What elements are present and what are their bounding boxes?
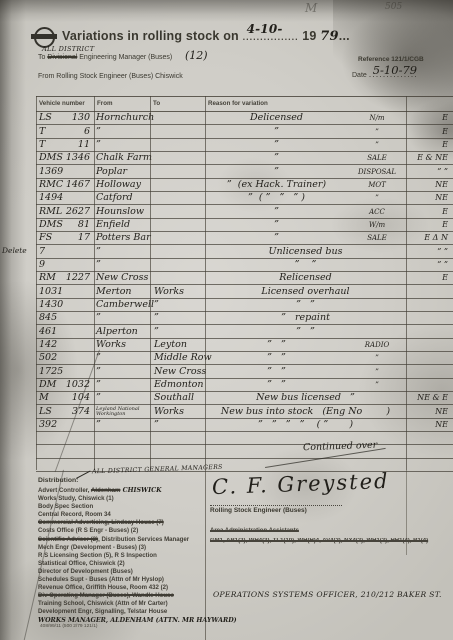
vehicle-number: 130 xyxy=(72,113,90,123)
distribution-item: Div Operating Manager (Buses), Wandle Ho… xyxy=(38,592,206,600)
vehicle-class: M xyxy=(39,393,49,403)
vehicle-number: 17 xyxy=(78,233,90,243)
margin-note-delete: Delete xyxy=(2,246,27,256)
distribution-item: Training School, Chiswick (Attn of Mr Ca… xyxy=(38,600,206,608)
margin-code-cell xyxy=(406,457,453,458)
reason-code: ACC xyxy=(348,208,406,217)
vehicle-cell: 7 xyxy=(36,247,94,258)
vehicle-class: LS xyxy=(39,407,52,417)
from-cell: ” xyxy=(94,140,150,151)
table-header-row: Vehicle number From To Reason for variat… xyxy=(36,96,453,112)
vehicle-number: 461 xyxy=(39,327,57,337)
date-line: Date .............. 5-10-79 xyxy=(352,69,418,79)
distribution-text-trailing: , Distribution Services Manager xyxy=(98,536,189,543)
reason-text: ” xyxy=(205,220,348,230)
from-cell: Works xyxy=(94,340,150,351)
to-garage: Middle Row xyxy=(154,352,212,363)
vehicle-number: 81 xyxy=(78,220,90,230)
vehicle-cell xyxy=(36,457,94,458)
from-garage: ” xyxy=(96,392,101,403)
to-cell: New Cross xyxy=(150,367,205,378)
to-cell xyxy=(150,257,205,258)
from-garage: ” xyxy=(96,366,101,377)
margin-code-cell: E xyxy=(406,140,453,151)
distribution-item: Schedules Supt - Buses (Attn of Mr Hyslo… xyxy=(38,576,206,584)
struck-word: Divisional xyxy=(47,54,77,61)
vehicle-class: DMS xyxy=(39,220,63,230)
distribution-text: Costs Office (R S Engr - Buses) (2) xyxy=(38,527,138,534)
margin-code: NE xyxy=(435,180,448,189)
to-cell: Southall xyxy=(150,393,205,404)
to-rest: Engineering Manager (Buses) xyxy=(77,54,172,61)
reason-code: ” xyxy=(348,354,406,363)
reason-text: ” xyxy=(205,233,348,243)
handwritten-all-district: ALL DISTRICT xyxy=(42,45,94,53)
to-cell xyxy=(150,443,205,444)
reason-text: ” ” xyxy=(205,300,406,310)
to-cell xyxy=(150,177,205,178)
table-row: 1031 Merton Works Licensed overhaul xyxy=(36,285,453,298)
from-cell: ” xyxy=(94,353,150,364)
margin-code: E Δ N xyxy=(424,233,448,242)
margin-code-cell: NE xyxy=(406,193,453,204)
from-garage: New Cross xyxy=(96,272,148,283)
vehicle-class: T xyxy=(39,127,45,137)
reason-code: ” xyxy=(348,194,406,203)
reason-cell: ” W/m xyxy=(205,220,406,231)
from-cell: Catford xyxy=(94,193,150,204)
distribution-text: Mech Engr (Development - Buses) (3) xyxy=(38,544,146,551)
reason-code: SALE xyxy=(348,154,406,163)
vehicle-number: 6 xyxy=(84,127,90,137)
reason-cell: ” ACC xyxy=(205,207,406,218)
to-garage: ” xyxy=(154,299,159,310)
from-cell: Alperton xyxy=(94,327,150,338)
vehicle-cell: RMC 1467 xyxy=(36,180,94,191)
vehicle-number: 392 xyxy=(39,420,57,430)
reason-text: Delicensed xyxy=(205,113,348,123)
distribution-handwritten-text: CHISWICK xyxy=(120,487,161,494)
distribution-item: Commercial Advertising, Lindsay House (7… xyxy=(38,519,206,527)
margin-code-cell xyxy=(406,363,453,364)
reason-text: ” xyxy=(205,153,348,163)
distribution-text: Statistical Office, Chiswick (2) xyxy=(38,560,125,567)
from-garage: Hounslow xyxy=(96,206,144,217)
from-cell: ” xyxy=(94,247,150,258)
from-garage: Poplar xyxy=(96,166,127,177)
margin-code-cell: ” ” xyxy=(406,247,453,258)
table-row: 9 ” ” ” ” ” xyxy=(36,259,453,272)
margin-code-cell xyxy=(406,390,453,391)
reason-code: ” xyxy=(348,141,406,150)
margin-code: ” ” xyxy=(437,167,448,176)
from-garage: Works xyxy=(96,339,126,350)
from-garage: ” xyxy=(96,139,101,150)
col-header-from: From xyxy=(94,97,150,111)
distribution-text: Advert Controller, xyxy=(38,487,91,494)
vehicle-cell: 1430 xyxy=(36,300,94,311)
reason-cell: ” ” ” ” ( ” ) xyxy=(205,420,406,431)
reference-number: Reference 121/1/CGB xyxy=(358,56,424,63)
to-garage: Southall xyxy=(154,392,194,403)
margin-code-cell xyxy=(406,297,453,298)
from-garage: Catford xyxy=(96,192,133,203)
pen-scribble: 505 xyxy=(385,2,402,12)
reason-cell: Delicensed N/m xyxy=(205,113,406,124)
from-cell: Chalk Farm xyxy=(94,153,150,164)
vehicle-number: 1467 xyxy=(66,180,90,190)
reason-code: ” xyxy=(348,381,406,390)
to-garage: ” xyxy=(154,312,159,323)
to-prefix: To xyxy=(38,54,47,61)
margin-code-cell xyxy=(406,310,453,311)
reason-cell: ” ” ” xyxy=(205,367,406,378)
reason-code: SALE xyxy=(348,234,406,243)
trailing-dots: ... xyxy=(339,29,350,43)
to-garage: New Cross xyxy=(154,366,206,377)
vehicle-cell: 1369 xyxy=(36,167,94,178)
margin-code-cell xyxy=(406,470,453,471)
from-garage: ” xyxy=(96,246,101,257)
reason-text: ” xyxy=(205,127,348,137)
signature: C. F. Greysted xyxy=(212,469,390,499)
from-cell: ” xyxy=(94,380,150,391)
margin-code: E xyxy=(442,207,448,216)
to-cell: ” xyxy=(150,300,205,311)
to-garage: Leyton xyxy=(154,339,187,350)
to-cell: Edmonton xyxy=(150,380,205,391)
reason-cell: ” ” xyxy=(205,260,406,271)
roundel-bar xyxy=(31,34,57,39)
from-garage: ” xyxy=(96,352,101,363)
reason-code: MOT xyxy=(348,181,406,190)
to-cell xyxy=(150,270,205,271)
margin-code-cell: E xyxy=(406,113,453,124)
reason-text: Licensed overhaul xyxy=(205,287,406,297)
reason-cell: ” SALE xyxy=(205,233,406,244)
scan-left-edge xyxy=(0,0,26,640)
vehicle-class: RML xyxy=(39,207,62,217)
table-row: 1494 Catford ” ( ” ” ” ) ” NE xyxy=(36,192,453,205)
vehicle-cell: 392 xyxy=(36,420,94,431)
handwritten-operations-systems-officer: OPERATIONS SYSTEMS OFFICER, 210/212 BAKE… xyxy=(213,590,442,599)
reason-text: Relicensed xyxy=(205,273,406,283)
date-value-leader: .............. 5-10-79 xyxy=(369,69,418,79)
vehicle-cell: 142 xyxy=(36,340,94,351)
vehicle-cell xyxy=(36,470,94,471)
vehicle-number: 9 xyxy=(39,260,45,270)
vehicle-number: 1031 xyxy=(39,287,63,297)
distribution-item: Costs Office (R S Engr - Buses) (2) xyxy=(38,527,206,535)
distribution-struck-text: Commercial Advertising, Lindsay House (7… xyxy=(38,519,164,526)
table-row: 1725 ” New Cross ” ” ” xyxy=(36,365,453,378)
vehicle-cell: LS 374 xyxy=(36,407,94,418)
margin-code-cell: NE xyxy=(406,180,453,191)
table-row: M 104 ” Southall New bus licensed ” NE &… xyxy=(36,392,453,405)
reason-cell: Licensed overhaul xyxy=(205,287,406,298)
from-cell: ” xyxy=(94,260,150,271)
vehicle-class: LS xyxy=(39,113,52,123)
from-cell: Leyland National Workington xyxy=(94,407,150,417)
distribution-item: Scientific Adviser (2), Distribution Ser… xyxy=(38,536,206,544)
handwritten-date-value: 5-10-79 xyxy=(373,63,417,77)
reason-text: ” ” xyxy=(205,327,406,337)
reason-text: ” ” xyxy=(205,260,406,270)
to-cell xyxy=(150,150,205,151)
vehicle-cell xyxy=(36,443,94,444)
vehicle-class: RM xyxy=(39,273,56,283)
from-cell xyxy=(94,443,150,444)
to-cell xyxy=(150,203,205,204)
reason-cell: ” ( ” ” ” ) ” xyxy=(205,193,406,204)
vehicle-cell: 1725 xyxy=(36,367,94,378)
form-print-code: 408/99/11 (500 2/79 121/1) xyxy=(40,624,98,629)
reason-cell: ” ” xyxy=(205,327,406,338)
vehicle-class: FS xyxy=(39,233,52,243)
reason-cell: ” ” ” xyxy=(205,380,406,391)
to-cell xyxy=(150,190,205,191)
reason-text: ” ( ” ” ” ) xyxy=(205,193,348,203)
distribution-text: R S Licensing Section (5), R S Inspectio… xyxy=(38,552,157,559)
vehicle-number: 374 xyxy=(72,407,90,417)
distribution-item: Body Spec Section xyxy=(38,503,206,511)
margin-code: E xyxy=(442,273,448,282)
to-garage: ” xyxy=(154,326,159,337)
distribution-handwritten-text: WORKS MANAGER, ALDENHAM (ATTN. MR HAYWAR… xyxy=(38,617,237,624)
reason-text: ” xyxy=(205,167,348,177)
reason-cell: ” ” xyxy=(205,140,406,151)
margin-code-cell: E Δ N xyxy=(406,233,453,244)
table-row: RMC 1467 Holloway ” (ex Hack. Trainer) M… xyxy=(36,179,453,192)
reason-cell: Unlicensed bus xyxy=(205,247,406,258)
table-row: LS 130 Hornchurch Delicensed N/m E xyxy=(36,112,453,125)
from-garage: ” xyxy=(96,259,101,270)
reason-text: ” ” xyxy=(205,380,348,390)
vehicle-cell: T 11 xyxy=(36,140,94,151)
vehicle-number: 1369 xyxy=(39,167,63,177)
reason-cell: ” repaint xyxy=(205,313,406,324)
distribution-item: Revenue Office, Griffith House, Room 432… xyxy=(38,584,206,592)
to-cell xyxy=(150,163,205,164)
margin-code-cell xyxy=(406,443,453,444)
table-row: RM 1227 New Cross Relicensed E xyxy=(36,272,453,285)
vehicle-number: 1725 xyxy=(39,367,63,377)
to-cell xyxy=(150,137,205,138)
reason-cell: ” ” xyxy=(205,300,406,311)
distribution-text: Schedules Supt - Buses (Attn of Mr Hyslo… xyxy=(38,576,164,583)
to-cell: ” xyxy=(150,313,205,324)
margin-code-cell: E xyxy=(406,220,453,231)
vehicle-cell: RML 2627 xyxy=(36,207,94,218)
from-garage: Enfield xyxy=(96,219,130,230)
vehicle-number: 7 xyxy=(39,247,45,257)
distribution-text: Body Spec Section xyxy=(38,503,93,510)
table-row: T 6 ” ” ” E xyxy=(36,125,453,138)
reason-text: ” (ex Hack. Trainer) xyxy=(205,180,348,190)
distribution-struck-text: Scientific Adviser (2) xyxy=(38,536,98,543)
table-row: 392 ” ” ” ” ” ” ( ” ) NE xyxy=(36,419,453,432)
form-title: Variations in rolling stock on .........… xyxy=(62,29,350,44)
signatory-title: Rolling Stock Engineer (Buses) xyxy=(210,507,307,514)
reason-cell xyxy=(205,457,406,458)
table-row: RML 2627 Hounslow ” ACC E xyxy=(36,205,453,218)
title-text: Variations in rolling stock on xyxy=(62,29,239,43)
table-row: 502 ” Middle Row ” ” ” xyxy=(36,352,453,365)
to-cell xyxy=(150,230,205,231)
date-leader: ................ 4-10- xyxy=(243,29,299,43)
reason-text: New bus into stock (Eng No ) xyxy=(205,407,406,417)
addressee-line: To Divisional Engineering Manager (Buses… xyxy=(38,54,172,61)
margin-code-cell: E & NE xyxy=(406,153,453,164)
vehicle-number: 11 xyxy=(78,140,90,150)
reason-cell: ” DISPOSAL xyxy=(205,167,406,178)
reason-cell: Relicensed xyxy=(205,273,406,284)
margin-code: NE & E xyxy=(417,393,448,402)
from-garage: ” xyxy=(96,419,101,430)
reason-code: W/m xyxy=(348,221,406,230)
margin-code: ” ” xyxy=(437,260,448,269)
margin-code: NE xyxy=(435,193,448,202)
distribution-list: Advert Controller, Aldenham CHISWICK Wor… xyxy=(38,487,206,625)
table-body: LS 130 Hornchurch Delicensed N/m E xyxy=(36,112,453,472)
from-cell: ” xyxy=(94,127,150,138)
to-cell: Works xyxy=(150,407,205,418)
reason-cell: ” (ex Hack. Trainer) MOT xyxy=(205,180,406,191)
distribution-text: Works Study, Chiswick (1) xyxy=(38,495,114,502)
col-header-vehicle: Vehicle number xyxy=(36,97,94,111)
from-garage: ” xyxy=(96,379,101,390)
table-row: FS 17 Potters Bar ” SALE E Δ N xyxy=(36,232,453,245)
reason-text: Unlicensed bus xyxy=(205,247,406,257)
distribution-item: Director of Development (Buses) xyxy=(38,568,206,576)
margin-code-cell: E xyxy=(406,127,453,138)
reason-cell: ” ” RADIO xyxy=(205,340,406,351)
reason-cell: New bus licensed ” xyxy=(205,393,406,404)
to-cell xyxy=(150,283,205,284)
to-cell: ” xyxy=(150,420,205,431)
reason-cell: ” ” ” xyxy=(205,353,406,364)
distribution-item: Mech Engr (Development - Buses) (3) xyxy=(38,544,206,552)
col-header-to: To xyxy=(150,97,205,111)
distribution-text: Development Engr, Signalling, Telstar Ho… xyxy=(38,608,167,615)
handwritten-date: 4-10- xyxy=(247,22,283,36)
vehicle-class: RMC xyxy=(39,180,63,190)
from-garage: ” xyxy=(96,312,101,323)
col-header-reason: Reason for variation xyxy=(205,97,406,111)
distribution-text: Revenue Office, Griffith House, Room 432… xyxy=(38,584,168,591)
vehicle-cell: 1494 xyxy=(36,193,94,204)
to-cell: Works xyxy=(150,287,205,298)
from-garage: Alperton xyxy=(96,326,138,337)
variations-table: Vehicle number From To Reason for variat… xyxy=(36,96,453,472)
distribution-item: Central Record, Room 34 xyxy=(38,511,206,519)
vehicle-number: 1430 xyxy=(39,300,63,310)
margin-code-cell xyxy=(406,323,453,324)
reason-text: ” xyxy=(205,207,348,217)
reason-cell: ” ” xyxy=(205,127,406,138)
table-row: 461 Alperton ” ” ” xyxy=(36,325,453,338)
margin-code: E & NE xyxy=(417,153,448,162)
date-label: Date xyxy=(352,72,369,79)
signature-line xyxy=(210,504,342,506)
to-garage: Works xyxy=(154,406,184,417)
vehicle-number: 1227 xyxy=(66,273,90,283)
margin-code: NE xyxy=(435,420,448,429)
table-row: Delete 7 ” Unlicensed bus ” ” xyxy=(36,245,453,258)
from-cell: New Cross xyxy=(94,273,150,284)
vehicle-cell: 9 xyxy=(36,260,94,271)
from-garage: Holloway xyxy=(96,179,141,190)
from-cell: Poplar xyxy=(94,167,150,178)
margin-code: E xyxy=(442,127,448,136)
vehicle-cell: DM 1032 xyxy=(36,380,94,391)
vehicle-cell: DMS 1346 xyxy=(36,153,94,164)
margin-code-cell: NE xyxy=(406,407,453,418)
from-cell: Merton xyxy=(94,287,150,298)
handwritten-note-12: (12) xyxy=(185,49,208,62)
margin-code: ” ” xyxy=(437,247,448,256)
to-garage: Edmonton xyxy=(154,379,204,390)
from-cell: Potters Bar xyxy=(94,233,150,244)
table-row xyxy=(36,445,453,458)
from-cell: ” xyxy=(94,313,150,324)
distribution-item: Development Engr, Signalling, Telstar Ho… xyxy=(38,608,206,616)
distribution-text: Director of Development (Buses) xyxy=(38,568,133,575)
reason-code: N/m xyxy=(348,114,406,123)
from-garage: Potters Bar xyxy=(96,232,151,243)
london-transport-roundel-icon xyxy=(31,27,57,46)
to-cell xyxy=(150,123,205,124)
margin-code: E xyxy=(442,220,448,229)
margin-code: E xyxy=(442,113,448,122)
scanned-document: M 505 Variations in rolling stock on ...… xyxy=(0,0,453,640)
reason-code: DISPOSAL xyxy=(348,168,406,177)
vehicle-cell: LS 130 xyxy=(36,113,94,124)
reason-text: ” repaint xyxy=(205,313,406,323)
to-cell xyxy=(150,217,205,218)
from-small-line2: Workington xyxy=(96,412,150,417)
margin-code-cell: ” ” xyxy=(406,260,453,271)
reason-code: RADIO xyxy=(348,341,406,350)
reason-cell: ” SALE xyxy=(205,153,406,164)
table-row: 1430 Camberwell ” ” ” xyxy=(36,299,453,312)
col-header-margin xyxy=(406,97,453,111)
from-cell xyxy=(94,457,150,458)
margin-code-cell xyxy=(406,337,453,338)
margin-code-cell: NE & E xyxy=(406,393,453,404)
reason-text: ” ” xyxy=(205,340,348,350)
table-row xyxy=(36,432,453,445)
reason-text: New bus licensed ” xyxy=(205,393,406,403)
from-garage: Chalk Farm xyxy=(96,152,152,163)
margin-code-cell: E xyxy=(406,207,453,218)
vehicle-cell: FS 17 xyxy=(36,233,94,244)
distribution-item: Statistical Office, Chiswick (2) xyxy=(38,560,206,568)
distribution-struck-text: Aldenham xyxy=(91,487,120,494)
vehicle-cell: T 6 xyxy=(36,127,94,138)
to-cell xyxy=(150,243,205,244)
vehicle-cell: 502 xyxy=(36,353,94,364)
vehicle-cell: RM 1227 xyxy=(36,273,94,284)
table-row: DMS 81 Enfield ” W/m E xyxy=(36,219,453,232)
reason-text: ” ” xyxy=(205,367,348,377)
margin-code-cell xyxy=(406,377,453,378)
table-row: DM 1032 ” Edmonton ” ” ” xyxy=(36,379,453,392)
from-cell: Hounslow xyxy=(94,207,150,218)
to-cell xyxy=(150,457,205,458)
table-row: 845 ” ” ” repaint xyxy=(36,312,453,325)
from-cell: ” xyxy=(94,393,150,404)
